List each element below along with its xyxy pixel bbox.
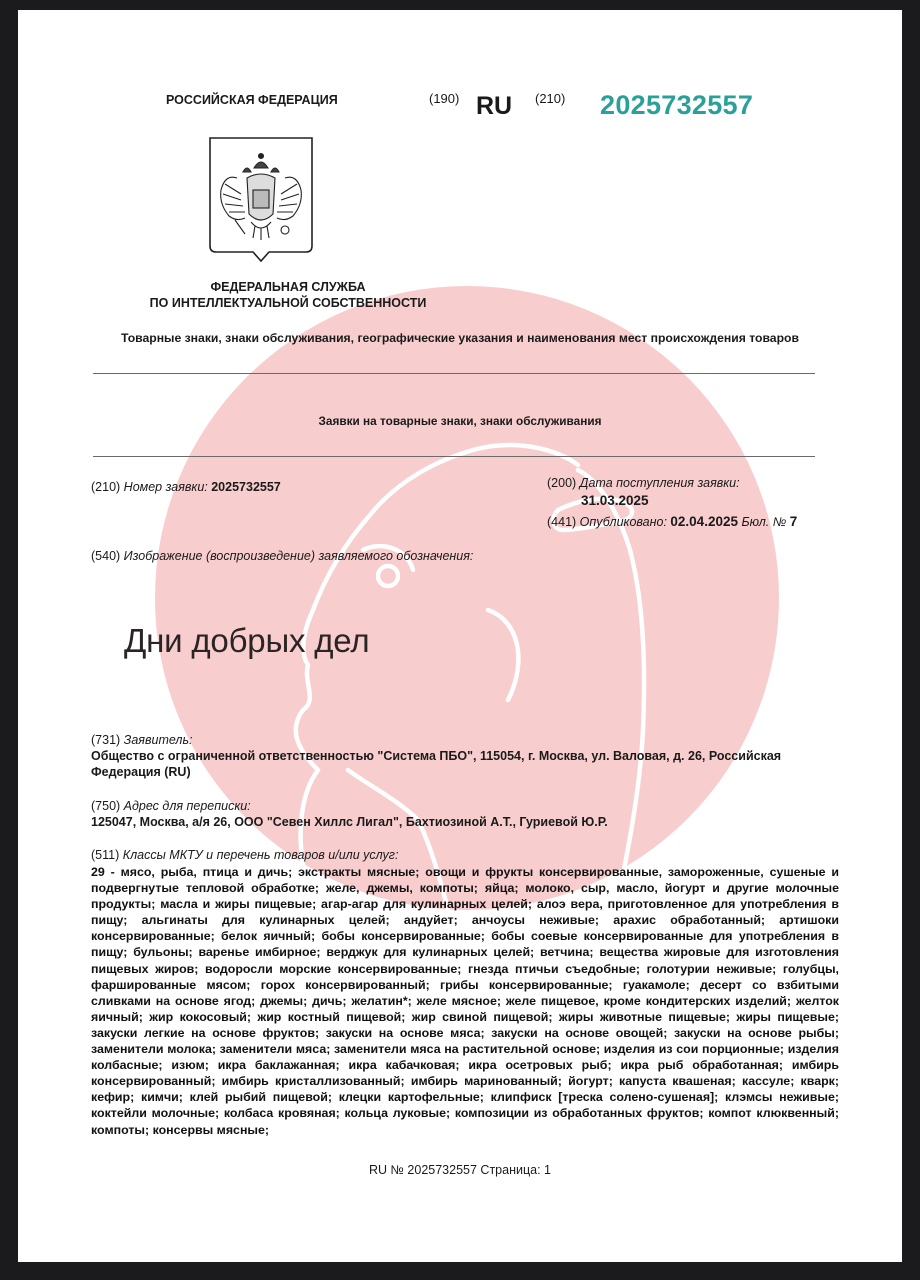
agency-name: ФЕДЕРАЛЬНАЯ СЛУЖБА ПО ИНТЕЛЛЕКТУАЛЬНОЙ С… — [78, 279, 498, 311]
country-heading: РОССИЙСКАЯ ФЕДЕРАЦИЯ — [166, 93, 338, 107]
filing-date-field: (200) Дата поступления заявки: — [547, 476, 740, 490]
field-label: Дата поступления заявки: — [580, 476, 740, 490]
inid-code: (200) — [547, 476, 576, 490]
page-footer: RU № 2025732557 Страница: 1 — [18, 1163, 902, 1177]
filing-date-value: 31.03.2025 — [581, 493, 649, 508]
agency-line-1: ФЕДЕРАЛЬНАЯ СЛУЖБА — [78, 279, 498, 295]
divider-top — [93, 373, 815, 374]
classes-field: (511) Классы МКТУ и перечень товаров и/и… — [91, 848, 839, 1138]
application-number-field: (210) Номер заявки: 2025732557 — [91, 480, 281, 494]
field-label: Заявитель: — [124, 733, 193, 747]
section-title: Заявки на товарные знаки, знаки обслужив… — [18, 414, 902, 428]
inid-code: (210) — [91, 480, 120, 494]
document-content: РОССИЙСКАЯ ФЕДЕРАЦИЯ (190) RU (210) 2025… — [18, 10, 902, 1262]
application-number-value: 2025732557 — [211, 480, 281, 494]
inid-190: (190) — [429, 91, 459, 106]
bulletin-label: Бюл. № — [741, 515, 786, 529]
correspondence-address-field: (750) Адрес для переписки: 125047, Москв… — [91, 798, 839, 830]
applicant-value: Общество с ограниченной ответственностью… — [91, 749, 781, 779]
field-label: Номер заявки: — [124, 480, 208, 494]
document-category: Товарные знаки, знаки обслуживания, геог… — [18, 331, 902, 345]
applicant-field: (731) Заявитель: Общество с ограниченной… — [91, 732, 839, 780]
image-field: (540) Изображение (воспроизведение) заяв… — [91, 549, 473, 563]
field-label: Опубликовано: — [580, 515, 667, 529]
bulletin-number: 7 — [790, 514, 798, 529]
document-page: РОССИЙСКАЯ ФЕДЕРАЦИЯ (190) RU (210) 2025… — [18, 10, 902, 1262]
inid-210: (210) — [535, 91, 565, 106]
field-label: Адрес для переписки: — [124, 799, 251, 813]
country-code: RU — [476, 92, 512, 121]
goods-list: 29 - мясо, рыба, птица и дичь; экстракты… — [91, 864, 839, 1138]
inid-code: (750) — [91, 799, 120, 813]
russian-coat-of-arms-icon — [207, 134, 315, 270]
application-number-heading: 2025732557 — [600, 90, 753, 121]
field-label: Классы МКТУ и перечень товаров и/или усл… — [123, 848, 399, 862]
inid-code: (511) — [91, 848, 119, 862]
inid-code: (540) — [91, 549, 120, 563]
divider-bottom — [93, 456, 815, 457]
publication-field: (441) Опубликовано: 02.04.2025 Бюл. № 7 — [547, 514, 797, 529]
inid-code: (441) — [547, 515, 576, 529]
inid-code: (731) — [91, 733, 120, 747]
correspondence-address-value: 125047, Москва, а/я 26, ООО "Севен Хиллс… — [91, 815, 608, 829]
publication-date-value: 02.04.2025 — [670, 514, 738, 529]
agency-line-2: ПО ИНТЕЛЛЕКТУАЛЬНОЙ СОБСТВЕННОСТИ — [78, 295, 498, 311]
field-label: Изображение (воспроизведение) заявляемог… — [124, 549, 474, 563]
trademark-wordmark: Дни добрых дел — [124, 622, 369, 660]
